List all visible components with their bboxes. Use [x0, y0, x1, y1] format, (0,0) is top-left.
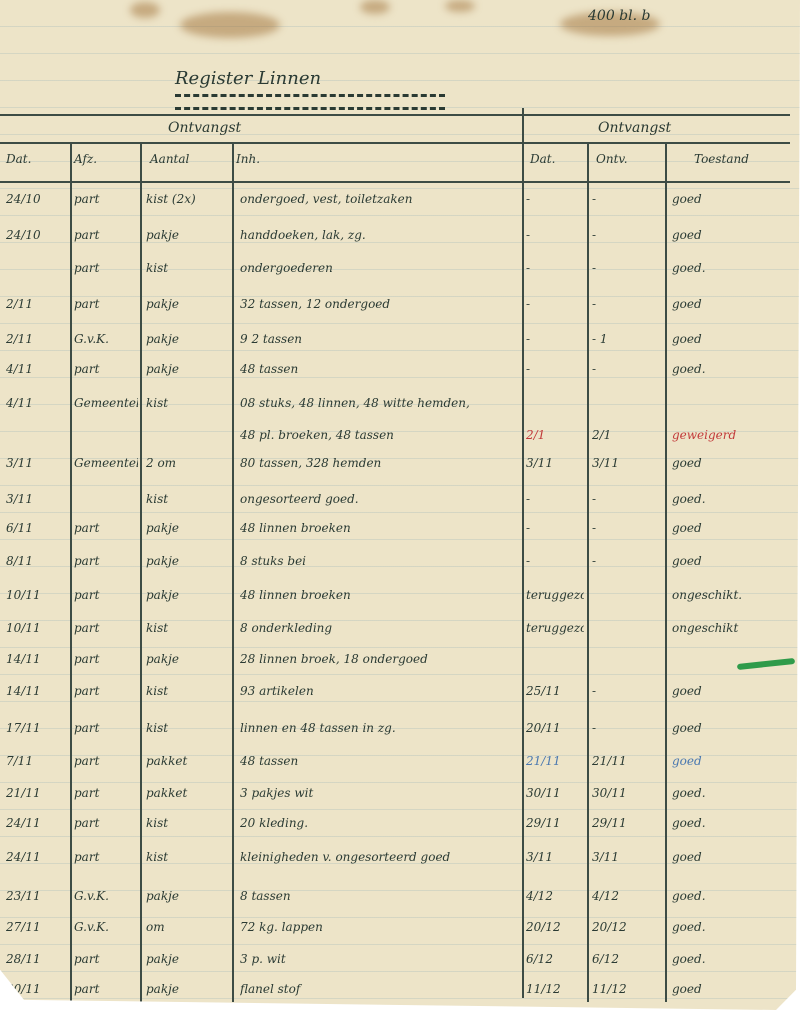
cell-date: 2/11: [6, 297, 68, 311]
cell-from: part: [74, 850, 138, 864]
cell-state: goed: [672, 192, 782, 206]
table-row: 17/11partkistlinnen en 48 tassen in zg.2…: [0, 717, 800, 745]
cell-content: 32 tassen, 12 ondergoed: [240, 297, 518, 311]
cell-qty: pakje: [146, 952, 230, 966]
cell-date: 6/11: [6, 521, 68, 535]
cell-d2: 29/11: [526, 816, 584, 830]
cell-qty: kist: [146, 816, 230, 830]
table-row: 14/11partkist93 artikelen25/11-goed: [0, 680, 800, 708]
cell-d2: teruggezonden: [526, 588, 584, 602]
cell-qty: pakje: [146, 332, 230, 346]
cell-r: -: [592, 554, 662, 568]
cell-date: 23/11: [6, 889, 68, 903]
cell-d2: 3/11: [526, 850, 584, 864]
cell-date: 30/11: [6, 982, 68, 996]
cell-date: 17/11: [6, 721, 68, 735]
table-row: 4/11Gemeentelijk Bureaukist08 stuks, 48 …: [0, 392, 800, 420]
cell-date: 8/11: [6, 554, 68, 568]
cell-content: 3 p. wit: [240, 952, 518, 966]
cell-date: 2/11: [6, 332, 68, 346]
cell-qty: pakje: [146, 588, 230, 602]
cell-r: -: [592, 261, 662, 275]
cell-r: -: [592, 492, 662, 506]
table-row: 3/11kistongesorteerd goed.--goed.: [0, 488, 800, 516]
cell-content: kleinigheden v. ongesorteerd goed: [240, 850, 518, 864]
cell-content: ondergoederen: [240, 261, 518, 275]
cell-from: part: [74, 521, 138, 535]
cell-r: -: [592, 228, 662, 242]
column-header: Ontv.: [596, 152, 628, 166]
top-note: 400 bl. b: [588, 8, 650, 24]
cell-date: 21/11: [6, 786, 68, 800]
cell-from: part: [74, 684, 138, 698]
cell-from: part: [74, 952, 138, 966]
cell-date: 4/11: [6, 362, 68, 376]
table-row: 10/11partkist8 onderkledingteruggezonden…: [0, 617, 800, 645]
cell-d2: -: [526, 521, 584, 535]
cell-content: 80 tassen, 328 hemden: [240, 456, 518, 470]
cell-from: part: [74, 754, 138, 768]
column-header: Aantal: [150, 152, 189, 166]
cell-content: 48 tassen: [240, 362, 518, 376]
cell-from: part: [74, 588, 138, 602]
cell-content: 28 linnen broek, 18 ondergoed: [240, 652, 518, 666]
cell-d2: -: [526, 492, 584, 506]
cell-qty: pakje: [146, 889, 230, 903]
table-row: 24/10partpakjehanddoeken, lak, zg.--goed: [0, 224, 800, 252]
divider: [0, 142, 790, 144]
cell-r: 3/11: [592, 456, 662, 470]
cell-from: part: [74, 621, 138, 635]
cell-r: 29/11: [592, 816, 662, 830]
cell-state: goed: [672, 521, 782, 535]
cell-content: 3 pakjes wit: [240, 786, 518, 800]
cell-state: goed.: [672, 786, 782, 800]
cell-qty: pakje: [146, 362, 230, 376]
cell-qty: pakje: [146, 228, 230, 242]
group-label-right: Ontvangst: [598, 120, 671, 136]
cell-r: 30/11: [592, 786, 662, 800]
cell-state: goed: [672, 982, 782, 996]
cell-date: 14/11: [6, 652, 68, 666]
cell-date: 24/11: [6, 816, 68, 830]
cell-qty: pakje: [146, 521, 230, 535]
cell-state: goed: [672, 721, 782, 735]
cell-qty: kist (2x): [146, 192, 230, 206]
cell-qty: kist: [146, 261, 230, 275]
cell-from: G.v.K.: [74, 332, 138, 346]
cell-state: goed: [672, 332, 782, 346]
cell-r: 3/11: [592, 850, 662, 864]
table-row: 30/11partpakjeflanel stof11/1211/12goed: [0, 978, 800, 1006]
cell-from: part: [74, 721, 138, 735]
cell-from: part: [74, 786, 138, 800]
cell-state: goed: [672, 456, 782, 470]
cell-state: ongeschikt: [672, 621, 782, 635]
table-row: 14/11partpakje28 linnen broek, 18 onderg…: [0, 648, 800, 676]
ledger-page: 400 bl. b Register Linnen Ontvangst Ontv…: [0, 0, 800, 1010]
stain: [360, 0, 390, 14]
column-header: Toestand: [694, 152, 749, 166]
cell-state: goed: [672, 684, 782, 698]
cell-content: 72 kg. lappen: [240, 920, 518, 934]
cell-content: 48 pl. broeken, 48 tassen: [240, 428, 518, 442]
stain: [445, 0, 475, 12]
cell-d2: 30/11: [526, 786, 584, 800]
cell-qty: kist: [146, 621, 230, 635]
cell-content: handdoeken, lak, zg.: [240, 228, 518, 242]
cell-d2: -: [526, 297, 584, 311]
cell-date: 24/10: [6, 192, 68, 206]
page-title: Register Linnen: [175, 68, 321, 89]
cell-date: 27/11: [6, 920, 68, 934]
cell-d2: 21/11: [526, 754, 584, 768]
cell-d2: -: [526, 332, 584, 346]
cell-content: 08 stuks, 48 linnen, 48 witte hemden,: [240, 396, 518, 410]
table-row: 2/11partpakje32 tassen, 12 ondergoed--go…: [0, 293, 800, 321]
cell-qty: pakje: [146, 982, 230, 996]
table-row: 24/11partkistkleinigheden v. ongesorteer…: [0, 846, 800, 874]
stain: [130, 2, 160, 18]
table-row: 6/11partpakje48 linnen broeken--goed: [0, 517, 800, 545]
cell-qty: pakje: [146, 554, 230, 568]
cell-r: 20/12: [592, 920, 662, 934]
column-header: Dat.: [530, 152, 555, 166]
table-row: 24/10partkist (2x)ondergoed, vest, toile…: [0, 188, 800, 216]
cell-state: geweigerd: [672, 428, 782, 442]
cell-qty: 2 om: [146, 456, 230, 470]
cell-d2: 20/11: [526, 721, 584, 735]
cell-content: linnen en 48 tassen in zg.: [240, 721, 518, 735]
title-underline: [175, 94, 445, 110]
cell-d2: 20/12: [526, 920, 584, 934]
cell-state: goed.: [672, 816, 782, 830]
cell-state: goed.: [672, 952, 782, 966]
cell-r: 4/12: [592, 889, 662, 903]
cell-date: 14/11: [6, 684, 68, 698]
cell-d2: 6/12: [526, 952, 584, 966]
cell-from: Gemeentelijk Bureau: [74, 396, 138, 410]
cell-r: 6/12: [592, 952, 662, 966]
cell-content: 8 onderkleding: [240, 621, 518, 635]
cell-from: part: [74, 228, 138, 242]
cell-qty: pakje: [146, 652, 230, 666]
cell-r: -: [592, 684, 662, 698]
column-header: Inh.: [236, 152, 260, 166]
cell-from: part: [74, 816, 138, 830]
cell-d2: -: [526, 228, 584, 242]
cell-date: 3/11: [6, 492, 68, 506]
cell-content: 20 kleding.: [240, 816, 518, 830]
cell-state: goed: [672, 754, 782, 768]
table-row: 21/11partpakket3 pakjes wit30/1130/11goe…: [0, 782, 800, 810]
cell-d2: -: [526, 192, 584, 206]
cell-qty: pakket: [146, 754, 230, 768]
cell-from: Gemeentelijk Bureau: [74, 456, 138, 470]
cell-from: G.v.K.: [74, 920, 138, 934]
cell-qty: pakket: [146, 786, 230, 800]
cell-from: part: [74, 982, 138, 996]
table-row: 23/11G.v.K.pakje8 tassen4/124/12goed.: [0, 885, 800, 913]
cell-r: 2/1: [592, 428, 662, 442]
table-row: 3/11Gemeentelijk Bureau2 om80 tassen, 32…: [0, 452, 800, 480]
cell-from: part: [74, 297, 138, 311]
cell-content: ondergoed, vest, toiletzaken: [240, 192, 518, 206]
cell-state: goed: [672, 297, 782, 311]
cell-content: flanel stof: [240, 982, 518, 996]
cell-r: -: [592, 362, 662, 376]
cell-date: 24/10: [6, 228, 68, 242]
cell-d2: -: [526, 554, 584, 568]
cell-date: 24/11: [6, 850, 68, 864]
cell-d2: 3/11: [526, 456, 584, 470]
cell-content: 48 linnen broeken: [240, 521, 518, 535]
cell-date: 7/11: [6, 754, 68, 768]
cell-state: goed.: [672, 920, 782, 934]
table-row: 10/11partpakje48 linnen broekenteruggezo…: [0, 584, 800, 612]
table-row: 28/11partpakje3 p. wit6/126/12goed.: [0, 948, 800, 976]
cell-state: goed: [672, 554, 782, 568]
table-row: partkistondergoederen--goed.: [0, 257, 800, 285]
cell-content: 8 stuks bei: [240, 554, 518, 568]
cell-d2: 4/12: [526, 889, 584, 903]
cell-date: 3/11: [6, 456, 68, 470]
cell-d2: 25/11: [526, 684, 584, 698]
cell-r: -: [592, 192, 662, 206]
cell-state: ongeschikt.: [672, 588, 782, 602]
divider: [0, 114, 790, 116]
cell-qty: kist: [146, 721, 230, 735]
table-row: 24/11partkist20 kleding.29/1129/11goed.: [0, 812, 800, 840]
cell-content: 48 linnen broeken: [240, 588, 518, 602]
cell-r: - 1: [592, 332, 662, 346]
divider: [0, 181, 790, 183]
cell-date: 10/11: [6, 621, 68, 635]
cell-content: ongesorteerd goed.: [240, 492, 518, 506]
cell-qty: kist: [146, 850, 230, 864]
cell-d2: -: [526, 261, 584, 275]
cell-date: 10/11: [6, 588, 68, 602]
cell-content: 8 tassen: [240, 889, 518, 903]
cell-from: part: [74, 362, 138, 376]
stain: [180, 12, 280, 38]
cell-d2: -: [526, 362, 584, 376]
cell-qty: pakje: [146, 297, 230, 311]
cell-content: 48 tassen: [240, 754, 518, 768]
cell-r: -: [592, 297, 662, 311]
table-row: 27/11G.v.K.om72 kg. lappen20/1220/12goed…: [0, 916, 800, 944]
cell-date: 28/11: [6, 952, 68, 966]
cell-from: part: [74, 554, 138, 568]
cell-state: goed.: [672, 261, 782, 275]
table-row: 2/11G.v.K.pakje9 2 tassen-- 1goed: [0, 328, 800, 356]
cell-qty: kist: [146, 684, 230, 698]
cell-qty: om: [146, 920, 230, 934]
cell-qty: kist: [146, 492, 230, 506]
cell-r: 11/12: [592, 982, 662, 996]
cell-state: goed.: [672, 492, 782, 506]
cell-d2: 2/1: [526, 428, 584, 442]
cell-r: -: [592, 521, 662, 535]
column-header: Dat.: [6, 152, 31, 166]
cell-state: goed.: [672, 362, 782, 376]
cell-from: part: [74, 261, 138, 275]
cell-r: -: [592, 721, 662, 735]
table-row: 7/11partpakket48 tassen21/1121/11goed: [0, 750, 800, 778]
column-header: Afz.: [74, 152, 97, 166]
cell-r: 21/11: [592, 754, 662, 768]
cell-content: 9 2 tassen: [240, 332, 518, 346]
table-row: 8/11partpakje8 stuks bei--goed: [0, 550, 800, 578]
cell-d2: teruggezonden: [526, 621, 584, 635]
cell-content: 93 artikelen: [240, 684, 518, 698]
cell-d2: 11/12: [526, 982, 584, 996]
group-label-left: Ontvangst: [168, 120, 241, 136]
table-row: 48 pl. broeken, 48 tassen2/12/1geweigerd: [0, 424, 800, 452]
cell-from: part: [74, 192, 138, 206]
cell-state: goed: [672, 228, 782, 242]
cell-qty: kist: [146, 396, 230, 410]
cell-from: part: [74, 652, 138, 666]
cell-from: G.v.K.: [74, 889, 138, 903]
cell-state: goed: [672, 850, 782, 864]
table-row: 4/11partpakje48 tassen--goed.: [0, 358, 800, 386]
cell-date: 4/11: [6, 396, 68, 410]
cell-state: goed.: [672, 889, 782, 903]
